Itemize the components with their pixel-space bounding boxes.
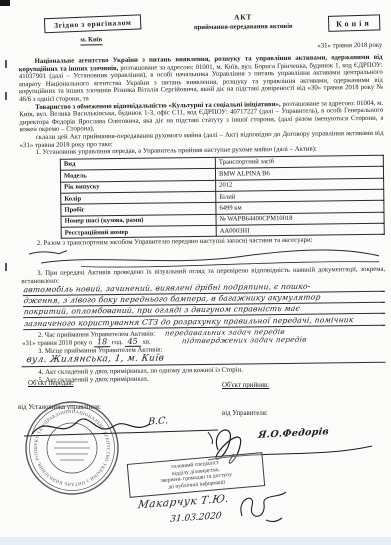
document-title: АКТ приймання-передавання активів [168, 12, 318, 32]
margin-mark [5, 60, 7, 68]
party2-paragraph: Товариство з обмеженою відповідальністю … [19, 99, 383, 134]
handwritten-inspection-notes: автомобіль новий, зачинений, виявлені др… [23, 282, 386, 330]
handwritten-time-note2: підтверджених задач передів [182, 336, 308, 345]
document-date: «31» травня 2018 року [317, 42, 382, 50]
clerk-paraph-signature [232, 490, 292, 524]
copy-stamp: Копія [328, 14, 380, 32]
scan-corner-artifact [0, 0, 10, 6]
city-label: м. Київ [80, 36, 102, 45]
transferor-heading: Об'єкт передав: [28, 380, 74, 387]
transferor-signature [22, 410, 222, 446]
document-header: Згідно з оригіналом м. Київ АКТ прийманн… [18, 8, 383, 58]
time-date-prefix: «31» травня 2018 року о [22, 340, 92, 348]
recipient-role-label: від Управителя: [222, 410, 268, 417]
asset-table: ВидТранспортний засіб МодельBMW ALPINA B… [60, 154, 385, 239]
signatures-section: Об'єкт передав: Об'єкт прийняв: від Уста… [0, 368, 391, 545]
margin-mark [5, 263, 7, 271]
hour-unit: год. [112, 339, 123, 346]
title-act: АКТ [168, 12, 318, 23]
scanned-document-page: Згідно з оригіналом м. Київ АКТ прийманн… [0, 0, 391, 545]
recipient-heading: Об'єкт прийняв: [222, 382, 269, 389]
handwritten-hour: 18 [94, 337, 110, 347]
party1-paragraph: Національне агентство України з питань в… [19, 54, 384, 104]
document-content: Згідно з оригіналом м. Київ АКТ прийманн… [18, 8, 386, 372]
transferor-initials: В.С. [148, 415, 169, 427]
clerk-handwritten-date: 31.03.2020 [170, 511, 222, 525]
minute-unit: хв. [142, 339, 150, 346]
title-subject: приймання-передавання активів [168, 23, 318, 32]
margin-mark [5, 92, 7, 100]
certified-true-copy-stamp: Згідно з оригіналом [44, 14, 142, 33]
handwritten-minute: 45 [125, 337, 141, 347]
scan-background-strip [0, 537, 391, 545]
